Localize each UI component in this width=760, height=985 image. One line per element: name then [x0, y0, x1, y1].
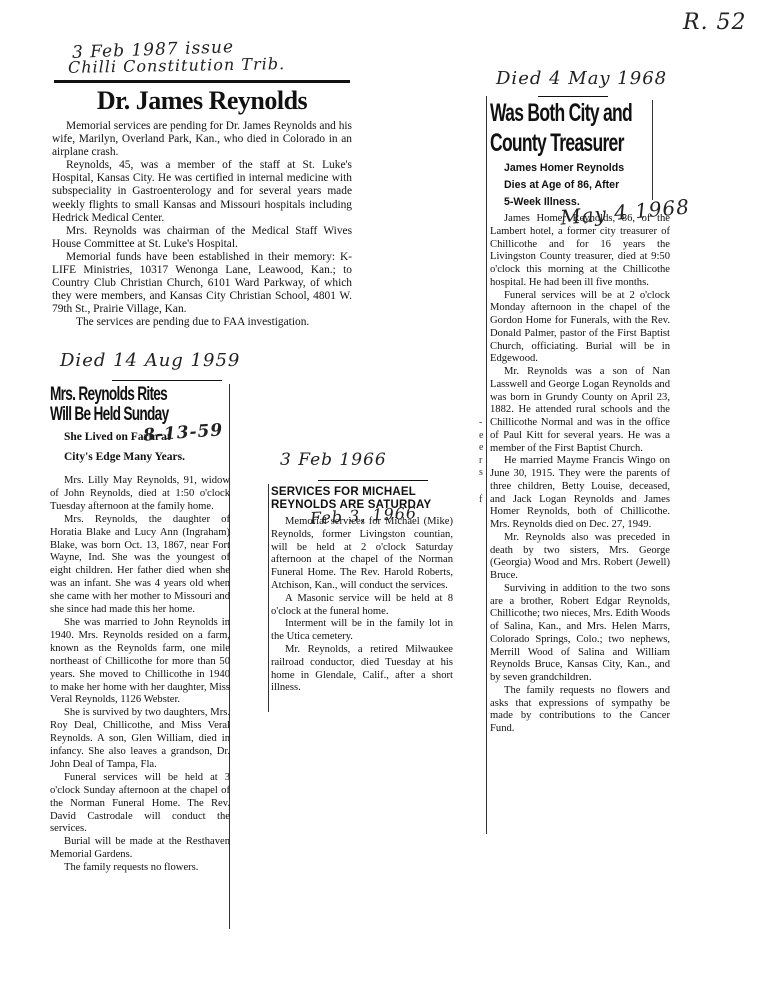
obituary-body: Memorial services are pending for Dr. Ja…: [52, 120, 352, 330]
paragraph: Mr. Reynolds also was preceded in death …: [490, 532, 670, 583]
paragraph: A Masonic service will be held at 8 o'cl…: [271, 593, 453, 619]
subhead-line-2: City's Edge Many Years.: [50, 449, 230, 465]
paragraph: Mrs. Reynolds was chairman of the Medica…: [52, 225, 352, 251]
subhead-line-1: James Homer Reynolds: [490, 162, 670, 175]
handwritten-source-note: Chilli Constitution Trib.: [68, 54, 285, 77]
paragraph: Surviving in addition to the two sons ar…: [490, 583, 670, 685]
paragraph: Burial will be made at the Resthaven Mem…: [50, 836, 230, 862]
paragraph: Memorial services for Michael (Mike) Rey…: [271, 516, 453, 593]
paragraph: He married Mayme Francis Wingo on June 3…: [490, 455, 670, 532]
paragraph: The family requests no flowers and asks …: [490, 685, 670, 736]
page-reference: R. 52: [683, 10, 747, 35]
paragraph: Mrs. Lilly May Reynolds, 91, widow of Jo…: [50, 475, 230, 514]
paragraph: She was married to John Reynolds in 1940…: [50, 617, 230, 707]
obituary-title: Dr. James Reynolds: [52, 86, 352, 116]
paragraph: The services are pending due to FAA inve…: [52, 316, 352, 329]
clipping-top-rule: [538, 96, 608, 97]
clipping-was-both-city-and-county-treasurer: Was Both City and County Treasurer James…: [490, 98, 670, 736]
clipping-left-edge: [268, 484, 269, 712]
paragraph: Mrs. Reynolds, the daughter of Horatia B…: [50, 514, 230, 617]
paragraph: Interment will be in the family lot in t…: [271, 618, 453, 644]
margin-fragment: r: [479, 455, 483, 468]
paragraph: Mr. Reynolds was a son of Nan Lasswell a…: [490, 366, 670, 455]
obituary-body: James Homer Reynolds, 86, of the Lambert…: [490, 213, 670, 736]
headline-line-1: Mrs. Reynolds Rites: [50, 385, 230, 405]
clipping-left-edge: [486, 96, 487, 834]
handwritten-death-date: Died 14 Aug 1959: [60, 350, 240, 371]
paragraph: Reynolds, 45, was a member of the staff …: [52, 159, 352, 224]
margin-fragment: f: [479, 494, 483, 507]
paragraph: She is survived by two daughters, Mrs. R…: [50, 707, 230, 772]
margin-fragments: - e e r s f: [479, 417, 483, 506]
clipping-dr-james-reynolds: Dr. James Reynolds Memorial services are…: [52, 84, 352, 330]
paragraph: The family requests no flowers.: [50, 862, 230, 875]
paragraph: Funeral services will be at 2 o'clock Mo…: [490, 290, 670, 367]
clipping-top-rule: [112, 380, 222, 381]
obituary-body: Mrs. Lilly May Reynolds, 91, widow of Jo…: [50, 475, 230, 875]
margin-fragment: -: [479, 417, 483, 430]
obituary-body: Memorial services for Michael (Mike) Rey…: [271, 516, 453, 695]
margin-fragment: s: [479, 467, 483, 480]
handwritten-death-date: Died 4 May 1968: [496, 68, 667, 89]
paragraph: Memorial funds have been established in …: [52, 251, 352, 316]
headline-line-1: Was Both City and: [490, 98, 672, 128]
clipping-mrs-reynolds-rites: Mrs. Reynolds Rites Will Be Held Sunday …: [50, 385, 230, 875]
handwritten-date-note: 3 Feb 1966: [280, 450, 387, 470]
margin-fragment: e: [479, 442, 483, 455]
subhead-line-2: Dies at Age of 86, After: [490, 179, 670, 192]
paragraph: Memorial services are pending for Dr. Ja…: [52, 120, 352, 159]
headline-line-2: County Treasurer: [490, 128, 672, 158]
clipping-top-rule: [54, 80, 350, 83]
headline-line-1: SERVICES FOR MICHAEL: [271, 486, 453, 499]
paragraph: Funeral services will be held at 3 o'clo…: [50, 772, 230, 837]
clipping-top-rule: [318, 480, 428, 481]
margin-fragment: e: [479, 430, 483, 443]
paragraph: Mr. Reynolds, a retired Milwaukee railro…: [271, 644, 453, 695]
